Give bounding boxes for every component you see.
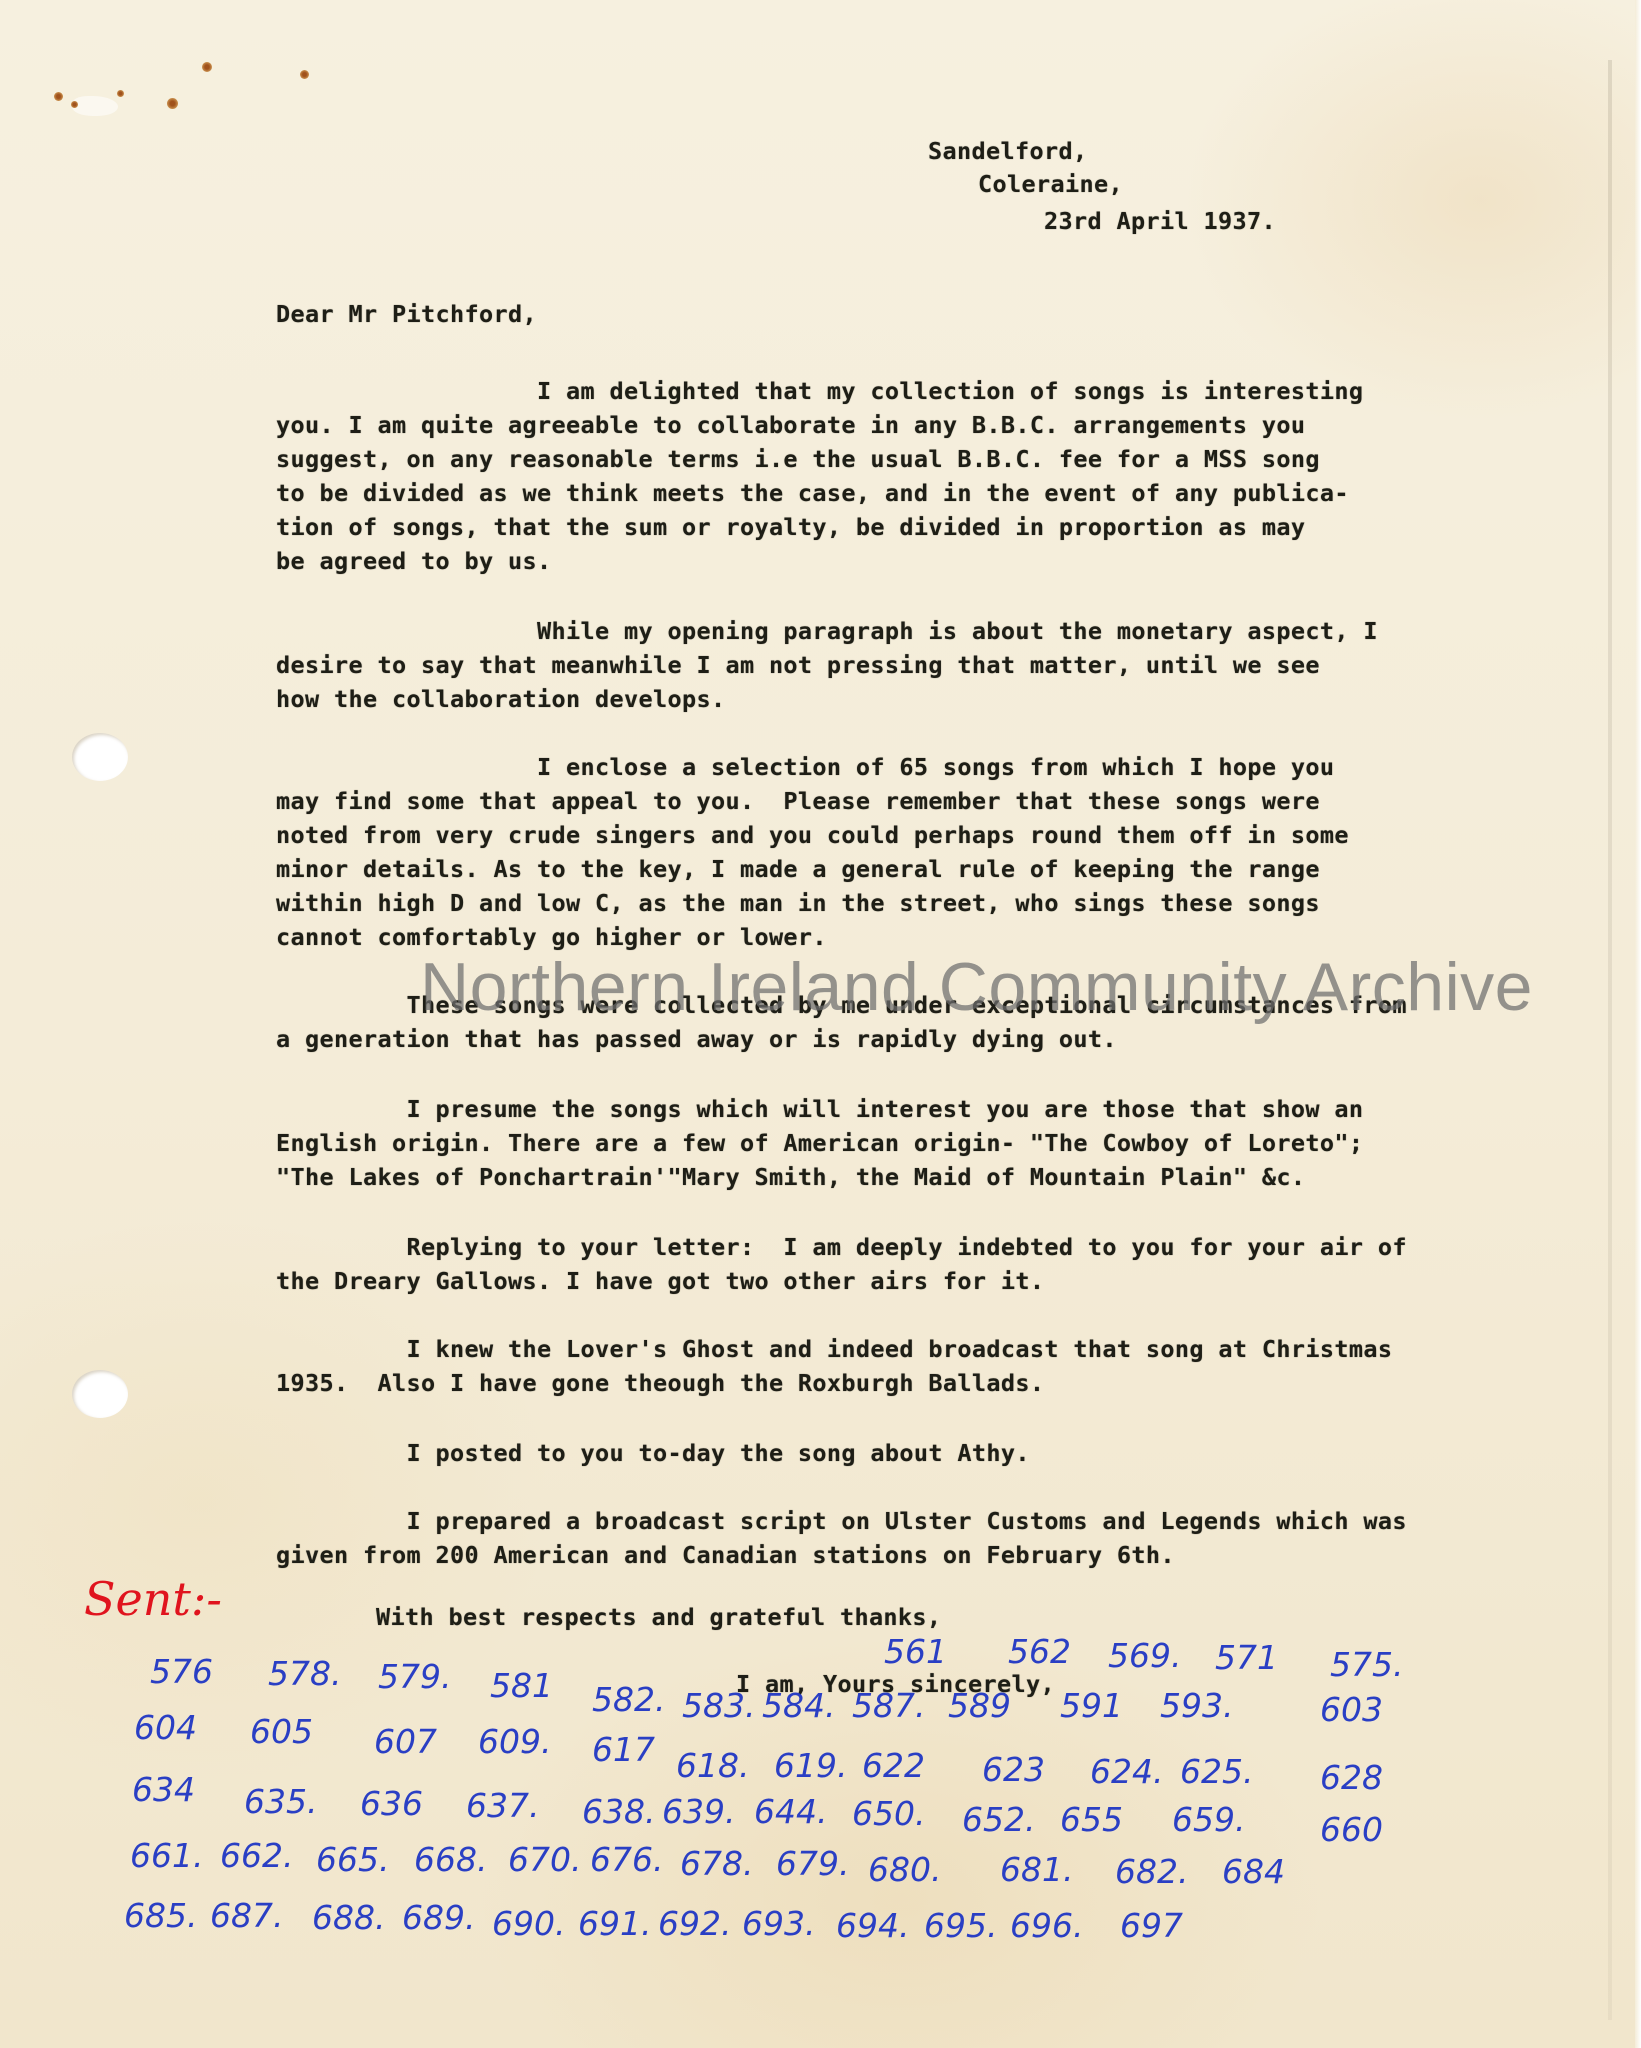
archive-watermark: Northern Ireland Community Archive [420,948,1533,1026]
song-number: 562 [1008,1632,1071,1671]
song-number: 604 [134,1708,197,1747]
song-number: 571 [1215,1638,1278,1677]
song-number: 636 [360,1784,423,1823]
song-number: 593. [1160,1686,1233,1725]
song-number: 625. [1180,1752,1253,1791]
song-number: 660 [1320,1810,1383,1849]
paragraph-line: minor details. As to the key, I made a g… [276,852,1320,886]
paragraph-line: the Dreary Gallows. I have got two other… [276,1264,1044,1298]
song-number: 659. [1172,1800,1245,1839]
paragraph-line: I enclose a selection of 65 songs from w… [276,750,1334,784]
letter-page: Sandelford, Coleraine, 23rd April 1937. … [0,0,1641,2048]
paragraph-line: English origin. There are a few of Ameri… [276,1126,1363,1160]
song-number: 676. [590,1840,663,1879]
paragraph-line: within high D and low C, as the man in t… [276,886,1320,920]
song-number: 622 [862,1746,925,1785]
paragraph-line: suggest, on any reasonable terms i.e the… [276,442,1320,476]
song-number: 694. [836,1906,909,1945]
song-number: 692. [658,1904,731,1943]
song-number: 690. [492,1904,565,1943]
punch-hole [72,1370,128,1418]
song-number: 584. [762,1686,835,1725]
song-number: 680. [868,1850,941,1889]
song-number: 681. [1000,1850,1073,1889]
song-number: 682. [1115,1852,1188,1891]
song-number: 635. [244,1782,317,1821]
salutation: Dear Mr Pitchford, [276,297,537,331]
song-number: 582. [592,1680,665,1719]
paragraph-line: I am delighted that my collection of son… [276,374,1363,408]
paragraph-line: to be divided as we think meets the case… [276,476,1349,510]
song-number: 650. [852,1794,925,1833]
paragraph-line: I presume the songs which will interest … [276,1092,1363,1126]
paragraph-line: 1935. Also I have gone theough the Roxbu… [276,1366,1044,1400]
song-number: 685. [124,1896,197,1935]
song-number: 634 [132,1770,195,1809]
paper-tear [72,96,118,116]
song-number: 652. [962,1800,1035,1839]
song-number: 662. [220,1836,293,1875]
song-number: 579. [378,1657,451,1696]
rust-spot [54,92,63,101]
song-number: 691. [578,1904,651,1943]
song-number: 687. [210,1896,283,1935]
song-number: 697 [1120,1906,1183,1945]
paragraph-line: a generation that has passed away or is … [276,1022,1117,1056]
paragraph-line: "The Lakes of Ponchartrain'"Mary Smith, … [276,1160,1305,1194]
paper-edge [1635,0,1641,2048]
song-number: 576 [150,1652,213,1691]
song-number: 578. [268,1654,341,1693]
sent-note: Sent:- [84,1572,222,1626]
song-number: 569. [1108,1636,1181,1675]
song-number: 678. [680,1844,753,1883]
address-line-1: Sandelford, [928,134,1087,168]
rust-spot [71,101,78,108]
song-number: 591 [1060,1686,1123,1725]
paragraph-line: you. I am quite agreeable to collaborate… [276,408,1305,442]
song-number: 605 [250,1712,313,1751]
song-number: 619. [774,1746,847,1785]
paragraph-line: be agreed to by us. [276,544,551,578]
song-number: 618. [676,1746,749,1785]
song-number: 561 [884,1632,947,1671]
rust-spot [202,62,212,72]
song-number: 623 [982,1750,1045,1789]
song-number: 688. [312,1898,385,1937]
letter-date: 23rd April 1937. [1044,204,1276,238]
song-number: 668. [414,1840,487,1879]
song-number: 609. [478,1722,551,1761]
rust-spot [167,98,178,109]
song-number: 624. [1090,1752,1163,1791]
song-number: 628 [1320,1758,1383,1797]
song-number: 655 [1060,1800,1123,1839]
song-number: 684 [1222,1852,1285,1891]
song-number: 644. [754,1792,827,1831]
paragraph-line: may find some that appeal to you. Please… [276,784,1320,818]
paragraph-line: noted from very crude singers and you co… [276,818,1349,852]
song-number: 639. [662,1792,735,1831]
paragraph-line: tion of songs, that the sum or royalty, … [276,510,1305,544]
song-number: 693. [742,1904,815,1943]
paragraph-line: Replying to your letter: I am deeply ind… [276,1230,1407,1264]
paragraph-line: I posted to you to-day the song about At… [276,1436,1030,1470]
song-number: 617 [592,1730,655,1769]
song-number: 638. [582,1792,655,1831]
paragraph-line: I prepared a broadcast script on Ulster … [276,1504,1407,1538]
song-number: 679. [776,1844,849,1883]
song-number: 603 [1320,1690,1383,1729]
address-line-2: Coleraine, [978,167,1123,201]
closing-line: With best respects and grateful thanks, [376,1600,941,1634]
song-number: 575. [1330,1645,1403,1684]
song-number: 670. [508,1840,581,1879]
rust-spot [300,70,309,79]
song-number: 583. [682,1686,755,1725]
song-number: 661. [130,1836,203,1875]
punch-hole [72,733,128,781]
fold-crease [1608,60,1612,2020]
song-number: 607 [374,1722,437,1761]
song-number: 587. [852,1686,925,1725]
song-number: 637. [466,1786,539,1825]
paragraph-line: While my opening paragraph is about the … [276,614,1378,648]
paragraph-line: given from 200 American and Canadian sta… [276,1538,1175,1572]
song-number: 589 [948,1686,1011,1725]
paragraph-line: how the collaboration develops. [276,682,725,716]
song-number: 689. [402,1898,475,1937]
song-number: 695. [924,1906,997,1945]
paragraph-line: desire to say that meanwhile I am not pr… [276,648,1320,682]
paragraph-line: I knew the Lover's Ghost and indeed broa… [276,1332,1392,1366]
song-number: 581 [490,1666,553,1705]
song-number: 696. [1010,1906,1083,1945]
song-number: 665. [316,1840,389,1879]
rust-spot [117,90,124,97]
